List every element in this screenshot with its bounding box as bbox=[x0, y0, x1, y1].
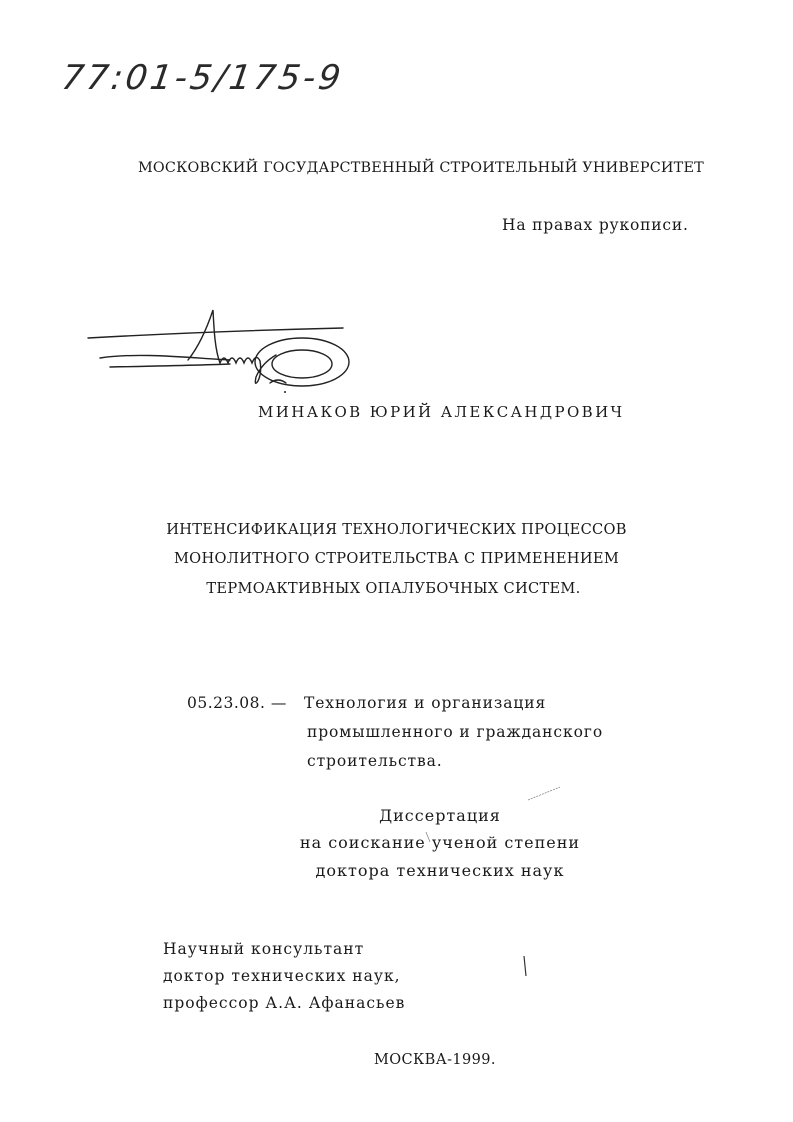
scan-artifacts bbox=[0, 0, 793, 1122]
